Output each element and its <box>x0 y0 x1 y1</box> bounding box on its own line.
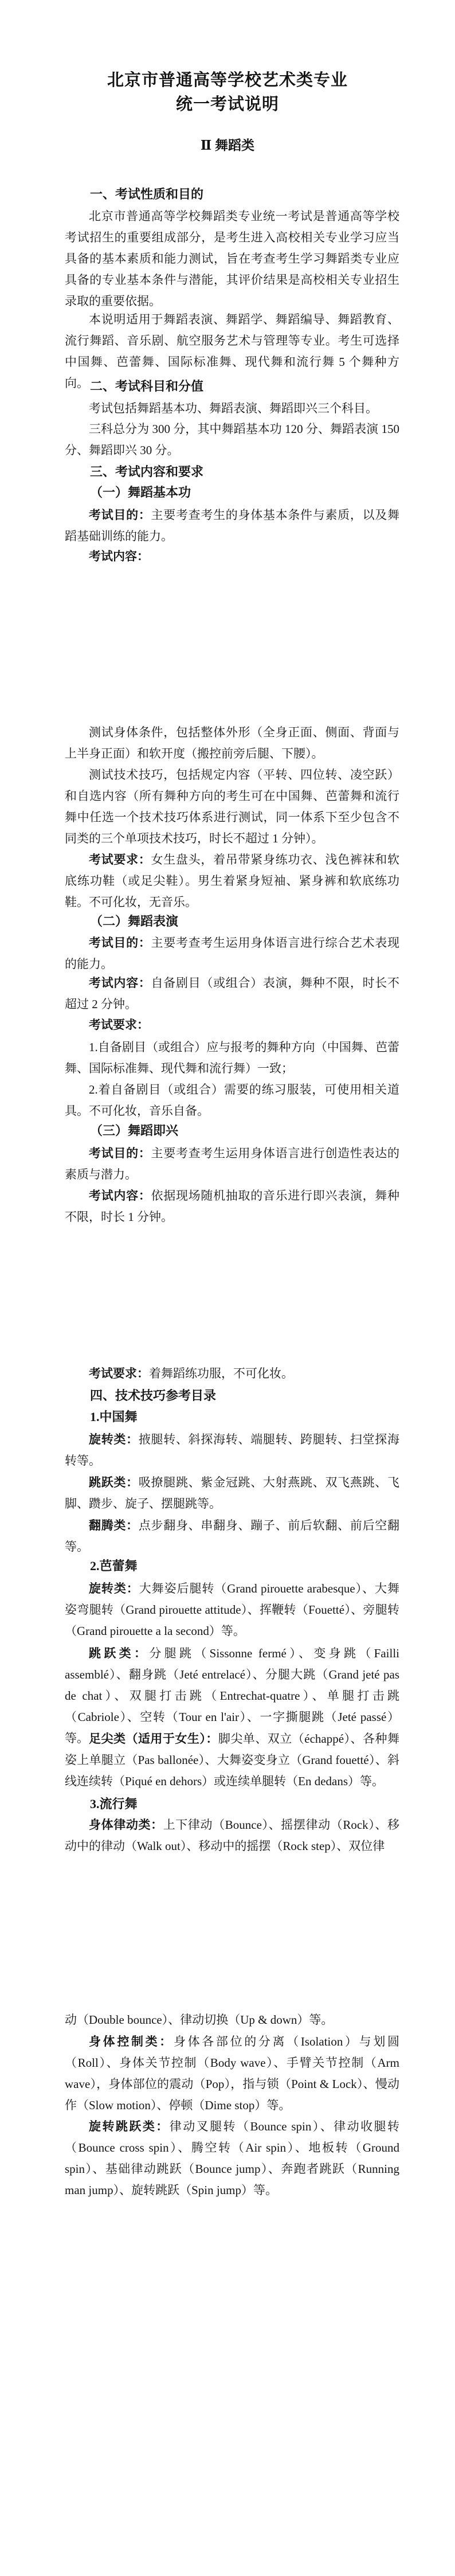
paragraph-text: 考试包括舞蹈基本功、舞蹈表演、舞蹈即兴三个科目。 <box>89 401 378 415</box>
exam-content-label: 考试内容： <box>89 1189 151 1203</box>
para-performance-content: 考试内容：自备剧目（或组合）表演，舞种不限，时长不超过 2 分钟。 <box>65 973 399 1015</box>
para-street-groove-continued: 动（Double bounce）、律动切换（Up & down）等。 <box>65 2009 399 2031</box>
jump-category-label: 跳跃类： <box>89 1476 139 1489</box>
exam-content-label: 考试内容： <box>89 549 149 563</box>
paragraph-text: 测试身体条件，包括整体外形（全身正面、侧面、背面与上半身正面）和软开度（搬控前旁… <box>65 725 399 760</box>
subheading-ballet: 2.芭蕾舞 <box>65 1555 399 1576</box>
subheading-dance-basics: （一）舞蹈基本功 <box>65 482 399 503</box>
para-chinese-jumps: 跳跃类：吸撩腿跳、紫金冠跳、大射燕跳、双飞燕跳、飞脚、躜步、旋子、摆腿跳等。 <box>65 1472 399 1515</box>
document-title-line2: 统一考试说明 <box>0 92 455 116</box>
para-street-spin-jump: 旋转跳跃类：律动叉腿转（Bounce spin）、律动收腿转（Bounce cr… <box>65 2116 399 2201</box>
para-chinese-flips: 翻腾类：点步翻身、串翻身、蹦子、前后软翻、前后空翻等。 <box>65 1515 399 1558</box>
spin-category-label: 旋转类： <box>89 1582 139 1595</box>
subheading-dance-performance: （二）舞蹈表演 <box>65 911 399 932</box>
jump-category-label: 跳跃类： <box>89 1646 149 1660</box>
subheading-chinese-dance: 1.中国舞 <box>65 1406 399 1427</box>
exam-content-label: 考试内容： <box>89 976 151 990</box>
exam-purpose-label: 考试目的： <box>89 508 151 522</box>
para-basics-requirements: 考试要求：女生盘头，着吊带紧身练功衣、浅色裤袜和软底练功鞋（或足尖鞋）。男生着紧… <box>65 849 399 913</box>
control-category-label: 身体控制类： <box>89 2035 174 2048</box>
paragraph-text: 着舞蹈练功服，不可化妆。 <box>149 1367 293 1380</box>
paragraph-text: 动（Double bounce）、律动切换（Up & down）等。 <box>65 2013 333 2027</box>
document-title-line1: 北京市普通高等学校艺术类专业 <box>0 68 455 92</box>
subheading-dance-improvisation: （三）舞蹈即兴 <box>65 1120 399 1141</box>
heading-content-requirements: 三、考试内容和要求 <box>65 461 399 482</box>
heading-subjects-scores: 二、考试科目和分值 <box>65 376 399 397</box>
heading-technique-catalog: 四、技术技巧参考目录 <box>65 1385 399 1406</box>
para-body-condition-test: 测试身体条件，包括整体外形（全身正面、侧面、背面与上半身正面）和软开度（搬控前旁… <box>65 722 399 764</box>
flip-category-label: 翻腾类： <box>89 1519 139 1532</box>
spin-category-label: 旋转类： <box>89 1433 139 1446</box>
para-performance-req-2: 2.着自备剧目（或组合）需要的练习服装，可使用相关道具。不可化妆，音乐自备。 <box>65 1079 399 1122</box>
part-label: Ⅱ 舞蹈类 <box>0 137 455 154</box>
exam-requirements-label: 考试要求： <box>89 1018 149 1032</box>
para-improv-content: 考试内容：依据现场随机抽取的音乐进行即兴表演，舞种不限，时长 1 分钟。 <box>65 1185 399 1228</box>
para-technique-test: 测试技术技巧，包括规定内容（平转、四位转、凌空跃）和自选内容（所有舞种方向的考生… <box>65 764 399 849</box>
para-exam-nature: 北京市普通高等学校舞蹈类专业统一考试是普通高等学校考试招生的重要组成部分，是考生… <box>65 206 399 312</box>
exam-specification-document: 北京市普通高等学校艺术类专业 统一考试说明 Ⅱ 舞蹈类 一、考试性质和目的 北京… <box>0 0 455 2576</box>
para-street-groove: 身体律动类：上下律动（Bounce）、摇摆律动（Rock）、移动中的律动（Wal… <box>65 1814 399 1857</box>
para-street-control: 身体控制类：身体各部位的分离（Isolation）与划圆（Roll）、身体关节控… <box>65 2031 399 2116</box>
paragraph-text: 三科总分为 300 分，其中舞蹈基本功 120 分、舞蹈表演 150 分、舞蹈即… <box>65 422 399 457</box>
para-performance-requirements-label: 考试要求： <box>65 1014 399 1036</box>
para-improv-purpose: 考试目的：主要考查考生运用身体语言进行创造性表达的素质与潜力。 <box>65 1143 399 1185</box>
exam-requirements-label: 考试要求： <box>89 1367 149 1380</box>
para-basics-purpose: 考试目的：主要考查考生的身体基本条件与素质，以及舞蹈基础训练的能力。 <box>65 505 399 547</box>
paragraph-text: 1.自备剧目（或组合）应与报考的舞种方向（中国舞、芭蕾舞、国际标准舞、现代舞和流… <box>65 1040 399 1075</box>
exam-purpose-label: 考试目的： <box>89 936 151 950</box>
subheading-street-dance: 3.流行舞 <box>65 1793 399 1814</box>
heading-exam-nature-purpose: 一、考试性质和目的 <box>65 184 399 205</box>
para-ballet-spins: 旋转类：大舞姿后腿转（Grand pirouette arabesque）、大舞… <box>65 1578 399 1642</box>
paragraph-text: 测试技术技巧，包括规定内容（平转、四位转、凌空跃）和自选内容（所有舞种方向的考生… <box>65 768 399 845</box>
para-improv-requirements: 考试要求：着舞蹈练功服，不可化妆。 <box>65 1363 399 1384</box>
para-performance-req-1: 1.自备剧目（或组合）应与报考的舞种方向（中国舞、芭蕾舞、国际标准舞、现代舞和流… <box>65 1037 399 1079</box>
para-subjects: 考试包括舞蹈基本功、舞蹈表演、舞蹈即兴三个科目。 <box>65 398 399 419</box>
para-chinese-spins: 旋转类：掖腿转、斜探海转、端腿转、跨腿转、扫堂探海转等。 <box>65 1429 399 1472</box>
groove-category-label: 身体律动类： <box>89 1818 163 1832</box>
spin-jump-category-label: 旋转跳跃类： <box>89 2120 170 2133</box>
para-basics-content-label: 考试内容： <box>65 546 399 567</box>
para-performance-purpose: 考试目的：主要考查考生运用身体语言进行综合艺术表现的能力。 <box>65 932 399 975</box>
pointe-category-label: 足尖类（适用于女生）： <box>89 1732 218 1746</box>
paragraph-text: 北京市普通高等学校舞蹈类专业统一考试是普通高等学校考试招生的重要组成部分，是考生… <box>65 209 399 308</box>
para-total-scores: 三科总分为 300 分，其中舞蹈基本功 120 分、舞蹈表演 150 分、舞蹈即… <box>65 419 399 461</box>
para-ballet-pointe: 足尖类（适用于女生）：脚尖单、双立（échappé）、各种舞姿上单腿立（Pas … <box>65 1728 399 1792</box>
exam-purpose-label: 考试目的： <box>89 1146 151 1160</box>
exam-requirements-label: 考试要求： <box>89 853 151 867</box>
paragraph-text: 2.着自备剧目（或组合）需要的练习服装，可使用相关道具。不可化妆，音乐自备。 <box>65 1083 399 1118</box>
